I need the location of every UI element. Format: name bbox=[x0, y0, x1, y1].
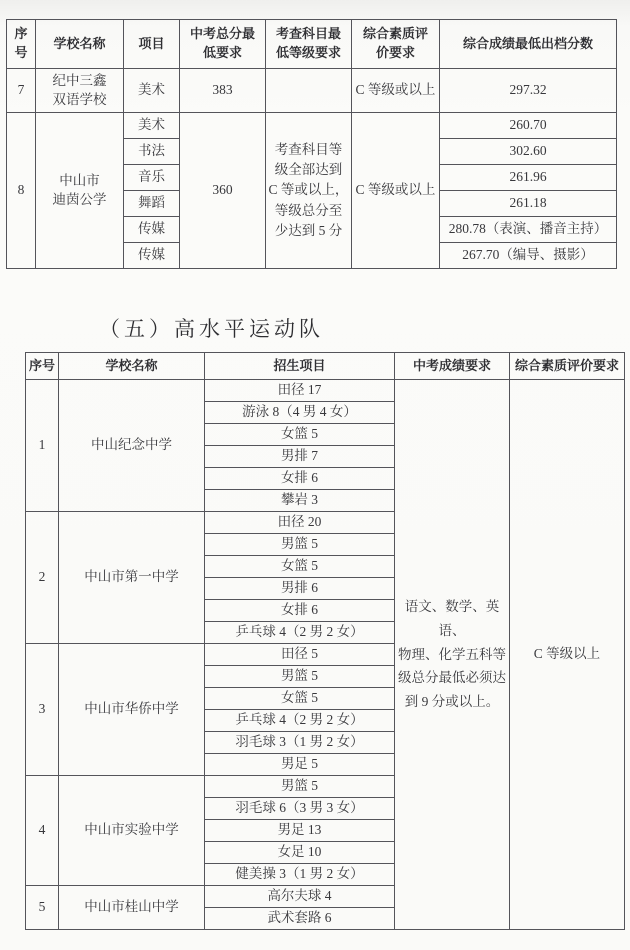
cell-school: 中山市华侨中学 bbox=[59, 644, 205, 776]
table1-header-serial: 序号 bbox=[7, 20, 36, 69]
cell-item: 田径 17 bbox=[205, 380, 395, 402]
table1-header-quality-req: 综合素质评价要求 bbox=[352, 20, 440, 69]
cell-item: 女排 6 bbox=[205, 468, 395, 490]
cell-serial: 1 bbox=[26, 380, 59, 512]
cell-item: 男足 5 bbox=[205, 754, 395, 776]
cell-quality-req: C 等级或以上 bbox=[352, 113, 440, 269]
cell-school: 中山市桂山中学 bbox=[59, 886, 205, 930]
cell-item: 女篮 5 bbox=[205, 688, 395, 710]
cell-serial: 3 bbox=[26, 644, 59, 776]
cell-item: 男排 6 bbox=[205, 578, 395, 600]
table2-header-exam-req: 中考成绩要求 bbox=[395, 353, 510, 380]
table1-header-row: 序号 学校名称 项目 中考总分最低要求 考查科目最低等级要求 综合素质评价要求 … bbox=[7, 20, 617, 69]
cell-item: 男篮 5 bbox=[205, 666, 395, 688]
cell-score: 297.32 bbox=[440, 69, 617, 113]
cell-program: 传媒 bbox=[124, 217, 180, 243]
cell-min-total: 360 bbox=[180, 113, 266, 269]
document-page: 序号 学校名称 项目 中考总分最低要求 考查科目最低等级要求 综合素质评价要求 … bbox=[0, 0, 630, 950]
cell-program: 传媒 bbox=[124, 243, 180, 269]
cell-item: 乒乓球 4（2 男 2 女） bbox=[205, 710, 395, 732]
table2-header-serial: 序号 bbox=[26, 353, 59, 380]
table2-header-items: 招生项目 bbox=[205, 353, 395, 380]
table-row: 8 中山市 迪茵公学 美术 360 考查科目等 级全部达到 C 等或以上， 等级… bbox=[7, 113, 617, 139]
cell-item: 女篮 5 bbox=[205, 424, 395, 446]
cell-item: 女足 10 bbox=[205, 842, 395, 864]
cell-item: 女排 6 bbox=[205, 600, 395, 622]
cell-program: 美术 bbox=[124, 113, 180, 139]
cell-item: 羽毛球 3（1 男 2 女） bbox=[205, 732, 395, 754]
cell-item: 男足 13 bbox=[205, 820, 395, 842]
cell-item: 男篮 5 bbox=[205, 534, 395, 556]
cell-program: 美术 bbox=[124, 69, 180, 113]
cell-item: 男排 7 bbox=[205, 446, 395, 468]
cell-school: 中山纪念中学 bbox=[59, 380, 205, 512]
section-title: （五）高水平运动队 bbox=[99, 313, 324, 343]
cell-score: 261.96 bbox=[440, 165, 617, 191]
cell-serial: 5 bbox=[26, 886, 59, 930]
cell-item: 田径 20 bbox=[205, 512, 395, 534]
art-programs-table: 序号 学校名称 项目 中考总分最低要求 考查科目最低等级要求 综合素质评价要求 … bbox=[6, 19, 617, 269]
table2-header-row: 序号 学校名称 招生项目 中考成绩要求 综合素质评价要求 bbox=[26, 353, 625, 380]
table-row: 7 纪中三鑫 双语学校 美术 383 C 等级或以上 297.32 bbox=[7, 69, 617, 113]
cell-exam-req: 语文、数学、英语、 物理、化学五科等 级总分最低必须达 到 9 分或以上。 bbox=[395, 380, 510, 930]
table-row: 1 中山纪念中学 田径 17 语文、数学、英语、 物理、化学五科等 级总分最低必… bbox=[26, 380, 625, 402]
cell-serial: 2 bbox=[26, 512, 59, 644]
table1-header-school: 学校名称 bbox=[36, 20, 124, 69]
cell-program: 音乐 bbox=[124, 165, 180, 191]
sports-teams-table: 序号 学校名称 招生项目 中考成绩要求 综合素质评价要求 1 中山纪念中学 田径… bbox=[25, 352, 625, 930]
cell-score: 267.70（编导、摄影） bbox=[440, 243, 617, 269]
cell-quality-req: C 等级或以上 bbox=[352, 69, 440, 113]
cell-item: 高尔夫球 4 bbox=[205, 886, 395, 908]
table1-header-score: 综合成绩最低出档分数 bbox=[440, 20, 617, 69]
cell-item: 羽毛球 6（3 男 3 女） bbox=[205, 798, 395, 820]
table2-header-school: 学校名称 bbox=[59, 353, 205, 380]
cell-score: 261.18 bbox=[440, 191, 617, 217]
cell-item: 游泳 8（4 男 4 女） bbox=[205, 402, 395, 424]
cell-score: 280.78（表演、播音主持） bbox=[440, 217, 617, 243]
cell-item: 男篮 5 bbox=[205, 776, 395, 798]
cell-score: 260.70 bbox=[440, 113, 617, 139]
table1-header-subject-req: 考查科目最低等级要求 bbox=[266, 20, 352, 69]
table2-header-quality-req: 综合素质评价要求 bbox=[510, 353, 625, 380]
cell-serial: 8 bbox=[7, 113, 36, 269]
cell-quality-req: C 等级以上 bbox=[510, 380, 625, 930]
cell-school: 中山市 迪茵公学 bbox=[36, 113, 124, 269]
cell-item: 攀岩 3 bbox=[205, 490, 395, 512]
cell-school: 纪中三鑫 双语学校 bbox=[36, 69, 124, 113]
cell-program: 舞蹈 bbox=[124, 191, 180, 217]
cell-item: 女篮 5 bbox=[205, 556, 395, 578]
cell-item: 乒乓球 4（2 男 2 女） bbox=[205, 622, 395, 644]
cell-item: 田径 5 bbox=[205, 644, 395, 666]
table1-header-program: 项目 bbox=[124, 20, 180, 69]
cell-min-total: 383 bbox=[180, 69, 266, 113]
table1-header-min-total: 中考总分最低要求 bbox=[180, 20, 266, 69]
cell-program: 书法 bbox=[124, 139, 180, 165]
cell-serial: 4 bbox=[26, 776, 59, 886]
cell-school: 中山市实验中学 bbox=[59, 776, 205, 886]
cell-subject-req: 考查科目等 级全部达到 C 等或以上， 等级总分至 少达到 5 分 bbox=[266, 113, 352, 269]
cell-score: 302.60 bbox=[440, 139, 617, 165]
cell-item: 武术套路 6 bbox=[205, 908, 395, 930]
cell-item: 健美操 3（1 男 2 女） bbox=[205, 864, 395, 886]
cell-serial: 7 bbox=[7, 69, 36, 113]
cell-subject-req-empty bbox=[266, 69, 352, 113]
cell-school: 中山市第一中学 bbox=[59, 512, 205, 644]
